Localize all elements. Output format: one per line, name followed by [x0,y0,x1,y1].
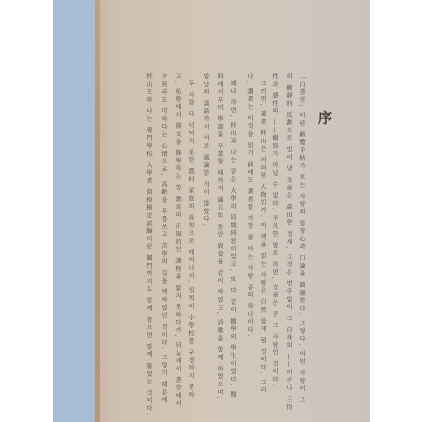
text-column-6: 왜냐 하면, 杯山과 나는 같은 大學의 同期同窓이었고, 또 다 같이 醫學의… [228,80,237,399]
text-column-7: 科에서부터 學部를 卒業할 때까지 滿五年 동안 寢食을 같이 하였고, 詩歌를… [215,73,224,400]
text-column-10: 고, 私塾에서 漢文을 修學하는 等 教育의 正規的인 課程을 밟지 못하다가,… [173,73,182,408]
text-column-8: 밤낮의 談話까지 서로 議論한 적이 많았다. [201,73,210,227]
text-column-12: 杯山모와 나는 專門學校 入學者 資格檢定試驗이란 關門까지도 함께 참으면 함… [144,73,153,416]
page-title: 序 [318,108,332,128]
page-edge-stain [95,0,100,422]
text-column-9: 두 사람 다 넉넉지 못한 農村 家庭의 長男으로 태어나서, 일찍이 小學校를… [186,80,195,399]
text-column-1: 「白書堂」이란 顧覽手帖가 보는 사람의 합창心과 口論을 圓融한다. 그렇다,… [297,73,306,404]
text-column-3: 性과 感性의 ——攝寫가 아닐 수 없다. 平凡한 말로 하면, 文章은 곧 그… [270,73,279,387]
text-column-2: 의 顯靜的 反劃으로 빚어 낸 文章은 森田한 정세, 그것은 변주없이 그 自… [284,73,293,412]
text-column-4: 그러면, 著者 杯山은 어떠한 人物인가. 이 책을 읽는 사람은 自然 알게 … [258,80,267,394]
text-column-5: 나, 讚者는 이것을 읽기 前에도 著者를 가장 잘 아는 사람 중의 하나이다… [245,73,254,338]
text-column-11: 夕死라도 可하다는 心情으로, 高齡을 무릅쓰고 苦學의 길을 택하였던 것이다… [159,73,168,404]
